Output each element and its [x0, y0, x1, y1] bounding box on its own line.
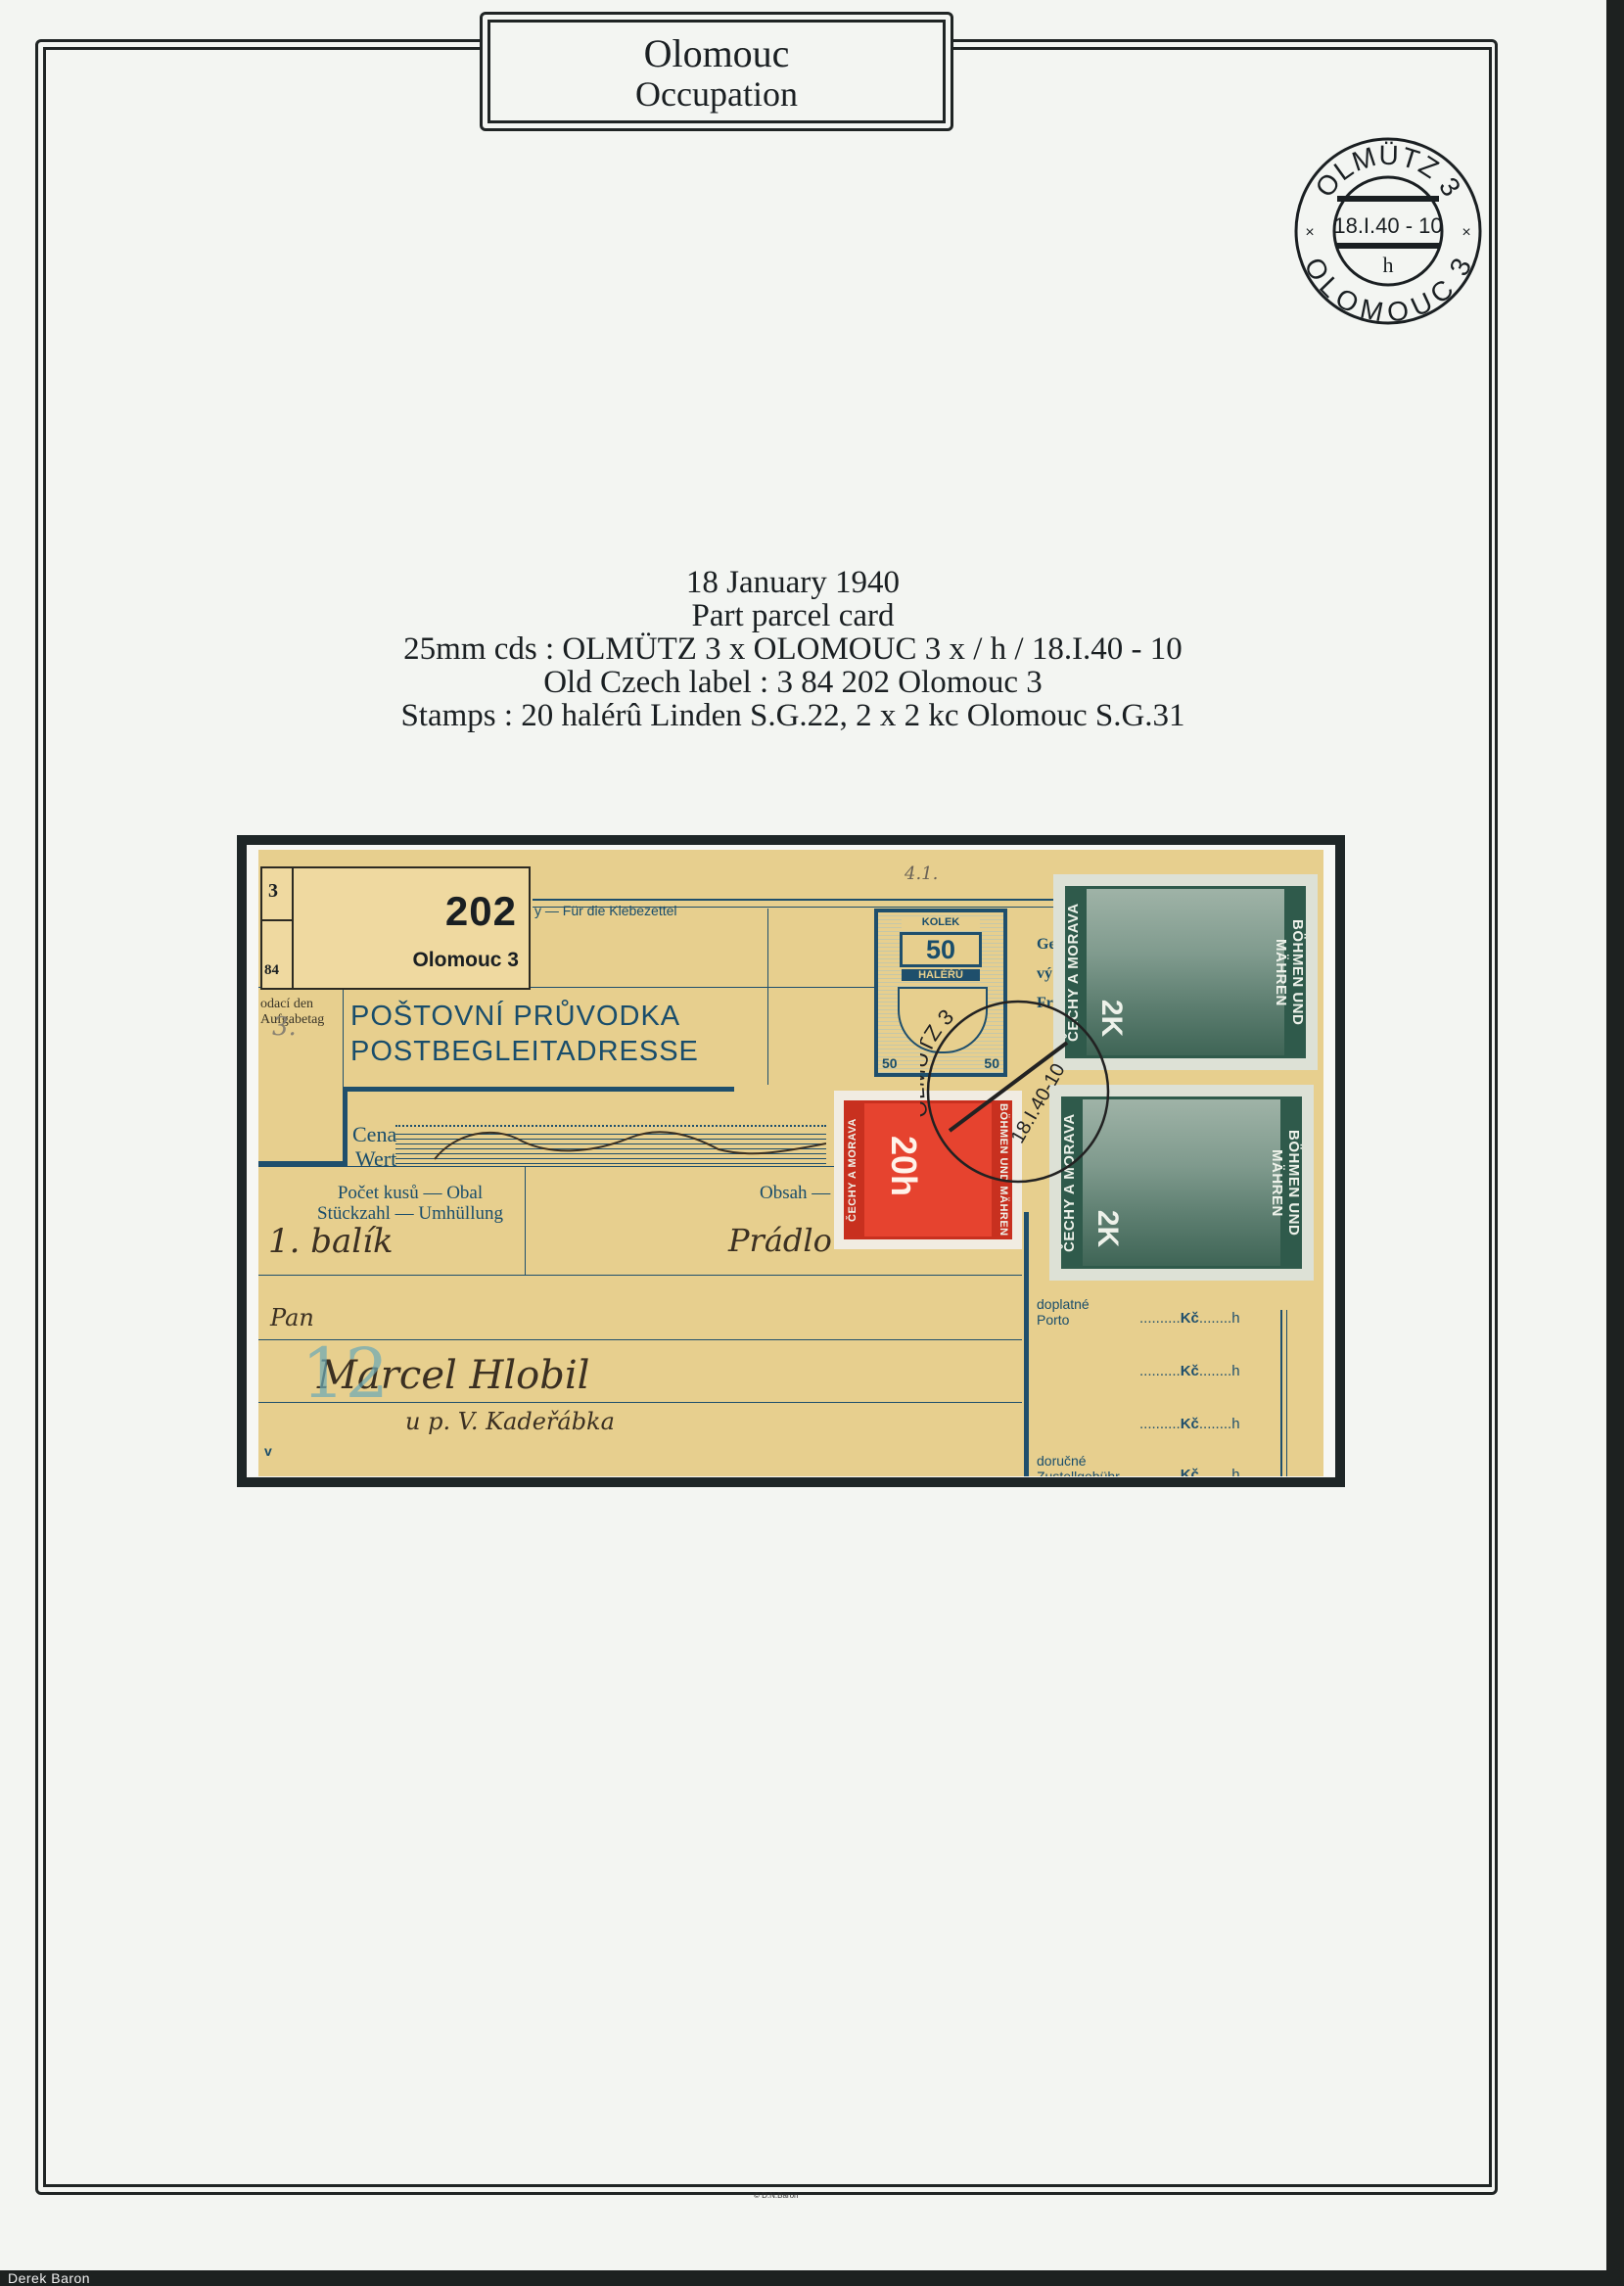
- handwritten-salutation: Pan: [270, 1304, 314, 1331]
- old-czech-label: 3 84 202 Olomouc 3: [260, 866, 531, 990]
- cancellation-postmark: OLMÜTZ 3 18.I.40-10: [920, 994, 1116, 1190]
- postmark-illustration: OLMÜTZ 3 OLOMOUC 3 18.I.40 - 10 h × ×: [1292, 135, 1484, 327]
- item-description: 18 January 1940 Part parcel card 25mm cd…: [235, 566, 1351, 732]
- title-box: Olomouc Occupation: [487, 20, 946, 123]
- fee-row-3: ..........Kč........h: [1139, 1416, 1240, 1432]
- label-place: Olomouc 3: [412, 949, 519, 972]
- postmark-letter: h: [1383, 253, 1394, 277]
- fee-label-zustell: doručné Zustellgebühr: [1037, 1453, 1120, 1476]
- value-field-label: Cena Wert: [352, 1122, 396, 1171]
- value-scribble: [395, 1124, 826, 1163]
- fee-row-1: ..........Kč........h: [1139, 1310, 1240, 1327]
- description-stamps: Stamps : 20 halérû Linden S.G.22, 2 x 2 …: [235, 699, 1351, 732]
- watermark: Derek Baron: [8, 2270, 90, 2286]
- description-cds: 25mm cds : OLMÜTZ 3 x OLOMOUC 3 x / h / …: [235, 632, 1351, 666]
- fee-row-2: ..........Kč........h: [1139, 1363, 1240, 1379]
- card-heading: POŠTOVNÍ PRŮVODKA POSTBEGLEITADRESSE: [350, 999, 699, 1069]
- description-type: Part parcel card: [235, 599, 1351, 632]
- postmark-sep-right: ×: [1462, 224, 1470, 241]
- pencil-note: 4.1.: [905, 863, 938, 884]
- fee-row-4: ..........Kč........h: [1139, 1467, 1240, 1476]
- postmark-sep-left: ×: [1305, 224, 1314, 241]
- label-office-bottom: 84: [264, 962, 279, 979]
- page-title: Olomouc: [490, 32, 943, 75]
- handwritten-address: u p. V. Kadeřábka: [405, 1408, 615, 1435]
- postmark-top-text: OLMÜTZ 3: [1310, 140, 1467, 203]
- description-date: 18 January 1940: [235, 566, 1351, 599]
- handwritten-contents: Prádlo: [728, 1222, 832, 1259]
- postmark-date: 18.I.40 - 10: [1333, 213, 1442, 238]
- fee-label-porto: doplatné Porto: [1037, 1296, 1090, 1328]
- scan-edge-bottom: [0, 2270, 1624, 2286]
- label-number: 202: [445, 888, 517, 935]
- copyright: © D.N.Baron: [754, 2191, 798, 2200]
- svg-text:OLMÜTZ 3: OLMÜTZ 3: [1310, 140, 1467, 203]
- contents-field-label: Obsah —: [760, 1183, 830, 1204]
- pencil-side-note: 3.: [272, 1012, 297, 1042]
- svg-text:OLMÜTZ 3: OLMÜTZ 3: [920, 1004, 958, 1120]
- page-subtitle: Occupation: [490, 75, 943, 113]
- klebezettel-text: y — Für die Klebezettel: [534, 903, 677, 918]
- svg-text:18.I.40-10: 18.I.40-10: [1007, 1060, 1070, 1147]
- handwritten-count: 1. balík: [268, 1222, 394, 1261]
- scan-edge-right: [1606, 0, 1624, 2286]
- label-office-top: 3: [268, 880, 278, 903]
- description-label: Old Czech label : 3 84 202 Olomouc 3: [235, 666, 1351, 699]
- v-label: v: [264, 1443, 272, 1459]
- count-field-label: Počet kusů — Obal Stückzahl — Umhüllung: [317, 1183, 503, 1224]
